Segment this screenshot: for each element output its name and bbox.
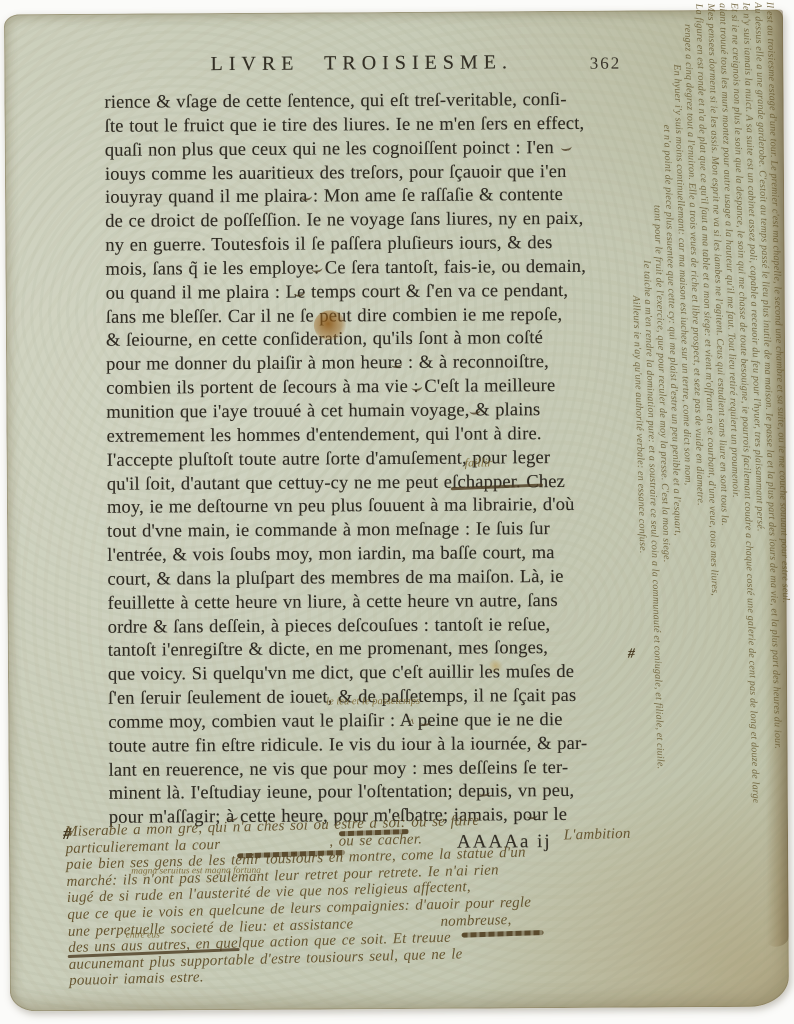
correction-latin: magna seruitus est magna fortuna: [131, 866, 261, 877]
insertion-caret: ʌ: [409, 715, 414, 727]
reference-hash-margin: #: [628, 647, 635, 663]
correction-faillir: faillir: [465, 455, 492, 470]
printed-line: ou quand il me plaira : Le temps court &…: [106, 279, 628, 306]
printed-line: ſte tout le fruict que ie tire des liure…: [105, 112, 627, 139]
ink-stain: [314, 310, 346, 340]
printed-line: moy, ie me deſtourne vn peu plus ſouuent…: [107, 494, 629, 521]
running-title: LIVRE TROISIESME.: [104, 51, 619, 77]
printed-line: tout d'vne main, ie commande à mon meſna…: [107, 518, 629, 545]
printed-line: l'entrée, & vois ſoubs moy, mon iardin, …: [107, 542, 629, 569]
printed-line: iouys comme les auaritieux des treſors, …: [105, 160, 627, 187]
printed-line: toute autre fin eſtre ridicule. Ie vis d…: [108, 732, 630, 759]
printed-line: pour me donner du plaiſir à mon heure : …: [106, 351, 628, 378]
printed-line: rience & vſage de cette ſentence, qui eſ…: [104, 89, 626, 116]
manuscript-addition-bottom: Miserable a mon gre, qui n'a ches soi ou…: [65, 805, 759, 990]
printed-line: quaſi non plus que ceux qui ne les cogno…: [105, 136, 627, 163]
page-number: 362: [590, 54, 622, 74]
printed-line: mois, ſans q̃ ie les employe: Ce ſera ta…: [105, 255, 627, 282]
printed-line: minent là. I'eſtudiay ieune, pour l'oſte…: [109, 780, 631, 807]
printed-line: qu'il ſoit, d'autant que cettuy-cy ne me…: [107, 470, 629, 497]
printed-line: & ſeiourne, en cette conſideration, qu'i…: [106, 327, 628, 354]
paper-spot: [488, 659, 503, 672]
printed-line: court, & dans la pluſpart des membres de…: [107, 565, 629, 592]
printed-line: munition que i'aye trouué à cet humain v…: [106, 399, 628, 426]
printed-line: de ce droict de poſſeſſion. Ie ne voyage…: [105, 208, 627, 235]
printed-line: feuillette à cette heure vn liure, à cet…: [107, 589, 629, 616]
manuscript-margin-right: Il est au troisiesme estage d'une tour. …: [619, 2, 794, 806]
book-page: LIVRE TROISIESME. 362 rience & vſage de …: [4, 10, 789, 1012]
printed-line: lant en reuerence, ne vis que pour moy :…: [109, 756, 631, 783]
printed-line: ſans me bleſſer. Car il ne ſe peut dire …: [106, 303, 628, 330]
correction-entre-eus: entre eus: [126, 930, 160, 940]
printed-line: ordre & ſans deſſein, à pieces deſcouſue…: [108, 613, 630, 640]
printed-line: comme moy, combien vaut le plaiſir : A p…: [108, 709, 630, 736]
printed-line: extremement les hommes d'entendement, qu…: [106, 422, 628, 449]
printed-line: tantoſt i'enregiſtre & dicte, en me prom…: [108, 637, 630, 664]
printed-line: iouyray quand il me plaira : Mon ame ſe …: [105, 184, 627, 211]
printed-line: I'accepte pluſtoſt toute autre ſorte d'a…: [107, 446, 629, 473]
printed-line: que voicy. Si quelqu'vn me dict, que c'e…: [108, 661, 630, 688]
printed-line: ny en guerre. Toutesfois il ſe paſſera p…: [105, 232, 627, 259]
page-header: LIVRE TROISIESME. 362: [104, 51, 619, 77]
printed-text-block: rience & vſage de cette ſentence, qui eſ…: [104, 89, 631, 831]
printed-line: combien ils portent de ſecours à ma vie …: [106, 375, 628, 402]
correction-ieu-passetemps: le ieu et le passetemps: [326, 696, 420, 708]
